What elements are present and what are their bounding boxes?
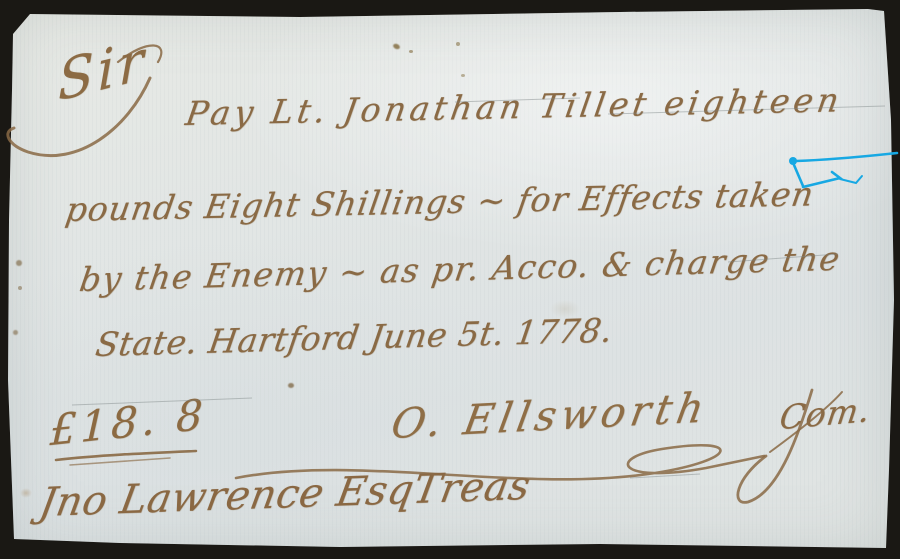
scanned-document: Sir Pay Lt. Jonathan Tillet eighteen pou…: [0, 0, 900, 559]
